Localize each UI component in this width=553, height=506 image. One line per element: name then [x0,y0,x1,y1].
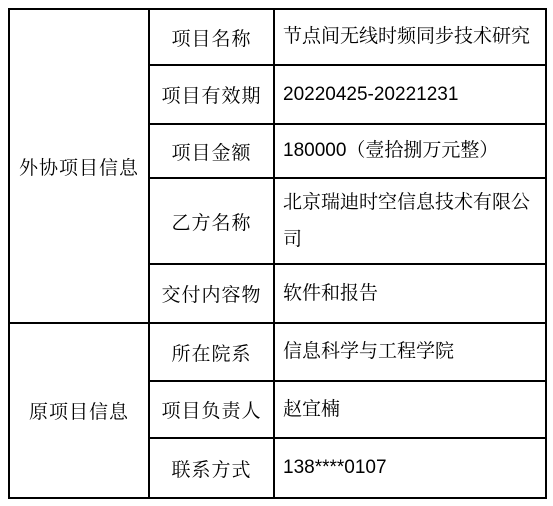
value-cell-project-name: 节点间无线时频同步技术研究 [274,9,546,65]
project-info-table: 外协项目信息 项目名称 节点间无线时频同步技术研究 项目有效期 20220425… [8,8,547,499]
value-cell-project-amount: 180000（壹拾捌万元整） [274,124,546,178]
value-cell-deliverables: 软件和报告 [274,264,546,323]
section-cell-original-project-info: 原项目信息 [9,323,149,498]
label-cell-contact: 联系方式 [149,438,274,498]
value-cell-project-validity: 20220425-20221231 [274,65,546,124]
value-cell-department: 信息科学与工程学院 [274,323,546,381]
label-cell-deliverables: 交付内容物 [149,264,274,323]
label-cell-department: 所在院系 [149,323,274,381]
section-cell-outsourced-project-info: 外协项目信息 [9,9,149,323]
label-cell-project-validity: 项目有效期 [149,65,274,124]
value-cell-contact: 138****0107 [274,438,546,498]
label-cell-party-b-name: 乙方名称 [149,178,274,264]
label-cell-project-name: 项目名称 [149,9,274,65]
label-cell-project-amount: 项目金额 [149,124,274,178]
table-row: 原项目信息 所在院系 信息科学与工程学院 [9,323,546,381]
table-row: 外协项目信息 项目名称 节点间无线时频同步技术研究 [9,9,546,65]
value-cell-party-b-name: 北京瑞迪时空信息技术有限公司 [274,178,546,264]
value-cell-project-leader: 赵宜楠 [274,381,546,438]
label-cell-project-leader: 项目负责人 [149,381,274,438]
